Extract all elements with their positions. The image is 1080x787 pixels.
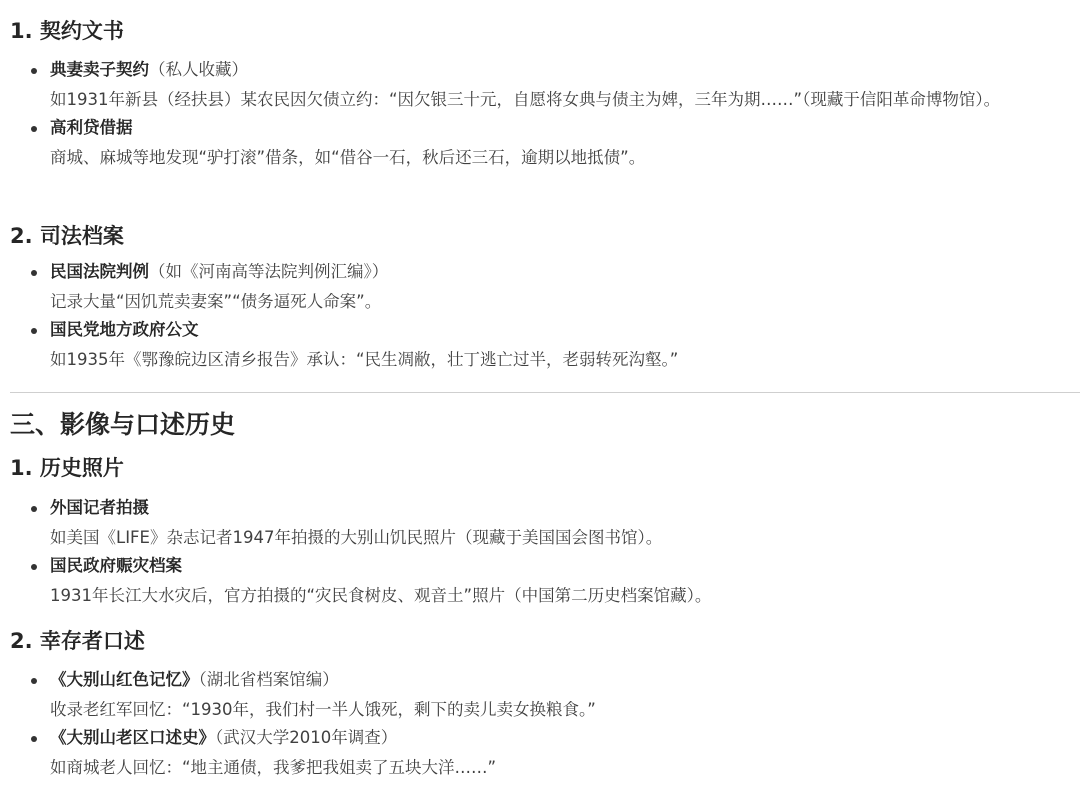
item-description: 如商城老人回忆：“地主通债，我爹把我姐卖了五块大洋……” <box>50 752 1080 784</box>
item-title: 《大别山红色记忆》 <box>50 670 199 689</box>
item-note: （私人收藏） <box>149 60 248 79</box>
item-description: 如美国《LIFE》杂志记者1947年拍摄的大别山饥民照片（现藏于美国国会图书馆）… <box>50 522 1080 554</box>
list-item: 《大别山红色记忆》（湖北省档案馆编） 收录老红军回忆：“1930年，我们村一半人… <box>50 666 1080 726</box>
list-item: 国民党地方政府公文 如1935年《鄂豫皖边区清乡报告》承认：“民生凋敝，壮丁逃亡… <box>50 316 1080 376</box>
section-heading-photos: 1. 历史照片 <box>10 453 124 483</box>
item-note: （湖北省档案馆编） <box>199 670 339 689</box>
bullet-icon <box>31 736 37 742</box>
item-title: 典妻卖子契约 <box>50 60 149 79</box>
item-title: 国民党地方政府公文 <box>50 320 199 339</box>
section-heading-judicial: 2. 司法档案 <box>10 221 124 251</box>
bullet-icon <box>31 678 37 684</box>
bullet-icon <box>31 270 37 276</box>
photos-list: 外国记者拍摄 如美国《LIFE》杂志记者1947年拍摄的大别山饥民照片（现藏于美… <box>10 494 1080 612</box>
list-item: 民国法院判例（如《河南高等法院判例汇编》） 记录大量“因饥荒卖妻案”“债务逼死人… <box>50 258 1080 318</box>
list-item: 典妻卖子契约（私人收藏） 如1931年新县（经扶县）某农民因欠债立约：“因欠银三… <box>50 56 1080 116</box>
bullet-icon <box>31 506 37 512</box>
oral-history-list: 《大别山红色记忆》（湖北省档案馆编） 收录老红军回忆：“1930年，我们村一半人… <box>10 666 1080 784</box>
item-description: 1931年长江大水灾后，官方拍摄的“灾民食树皮、观音土”照片（中国第二历史档案馆… <box>50 580 1080 612</box>
list-item: 国民政府赈灾档案 1931年长江大水灾后，官方拍摄的“灾民食树皮、观音土”照片（… <box>50 552 1080 612</box>
item-title: 高利贷借据 <box>50 118 133 137</box>
item-description: 记录大量“因饥荒卖妻案”“债务逼死人命案”。 <box>50 286 1080 318</box>
item-description: 收录老红军回忆：“1930年，我们村一半人饿死，剩下的卖儿卖女换粮食。” <box>50 694 1080 726</box>
item-title: 国民政府赈灾档案 <box>50 556 182 575</box>
bullet-icon <box>31 126 37 132</box>
item-title: 《大别山老区口述史》 <box>50 728 215 747</box>
list-item: 《大别山老区口述史》（武汉大学2010年调查） 如商城老人回忆：“地主通债，我爹… <box>50 724 1080 784</box>
bullet-icon <box>31 328 37 334</box>
item-description: 如1935年《鄂豫皖边区清乡报告》承认：“民生凋敝，壮丁逃亡过半，老弱转死沟壑。… <box>50 344 1080 376</box>
bullet-icon <box>31 68 37 74</box>
chapter-heading: 三、影像与口述历史 <box>10 408 235 442</box>
item-title: 民国法院判例 <box>50 262 149 281</box>
section-heading-oral-history: 2. 幸存者口述 <box>10 626 145 656</box>
item-note: （武汉大学2010年调查） <box>215 728 397 747</box>
list-item: 外国记者拍摄 如美国《LIFE》杂志记者1947年拍摄的大别山饥民照片（现藏于美… <box>50 494 1080 554</box>
list-item: 高利贷借据 商城、麻城等地发现“驴打滚”借条，如“借谷一石，秋后还三石，逾期以地… <box>50 114 1080 174</box>
judicial-list: 民国法院判例（如《河南高等法院判例汇编》） 记录大量“因饥荒卖妻案”“债务逼死人… <box>10 258 1080 376</box>
bullet-icon <box>31 564 37 570</box>
item-description: 如1931年新县（经扶县）某农民因欠债立约：“因欠银三十元，自愿将女典与债主为婢… <box>50 84 1080 116</box>
item-note: （如《河南高等法院判例汇编》） <box>149 262 388 281</box>
contracts-list: 典妻卖子契约（私人收藏） 如1931年新县（经扶县）某农民因欠债立约：“因欠银三… <box>10 56 1080 174</box>
section-divider <box>10 392 1080 393</box>
item-title: 外国记者拍摄 <box>50 498 149 517</box>
section-heading-contracts: 1. 契约文书 <box>10 16 124 46</box>
item-description: 商城、麻城等地发现“驴打滚”借条，如“借谷一石，秋后还三石，逾期以地抵债”。 <box>50 142 1080 174</box>
